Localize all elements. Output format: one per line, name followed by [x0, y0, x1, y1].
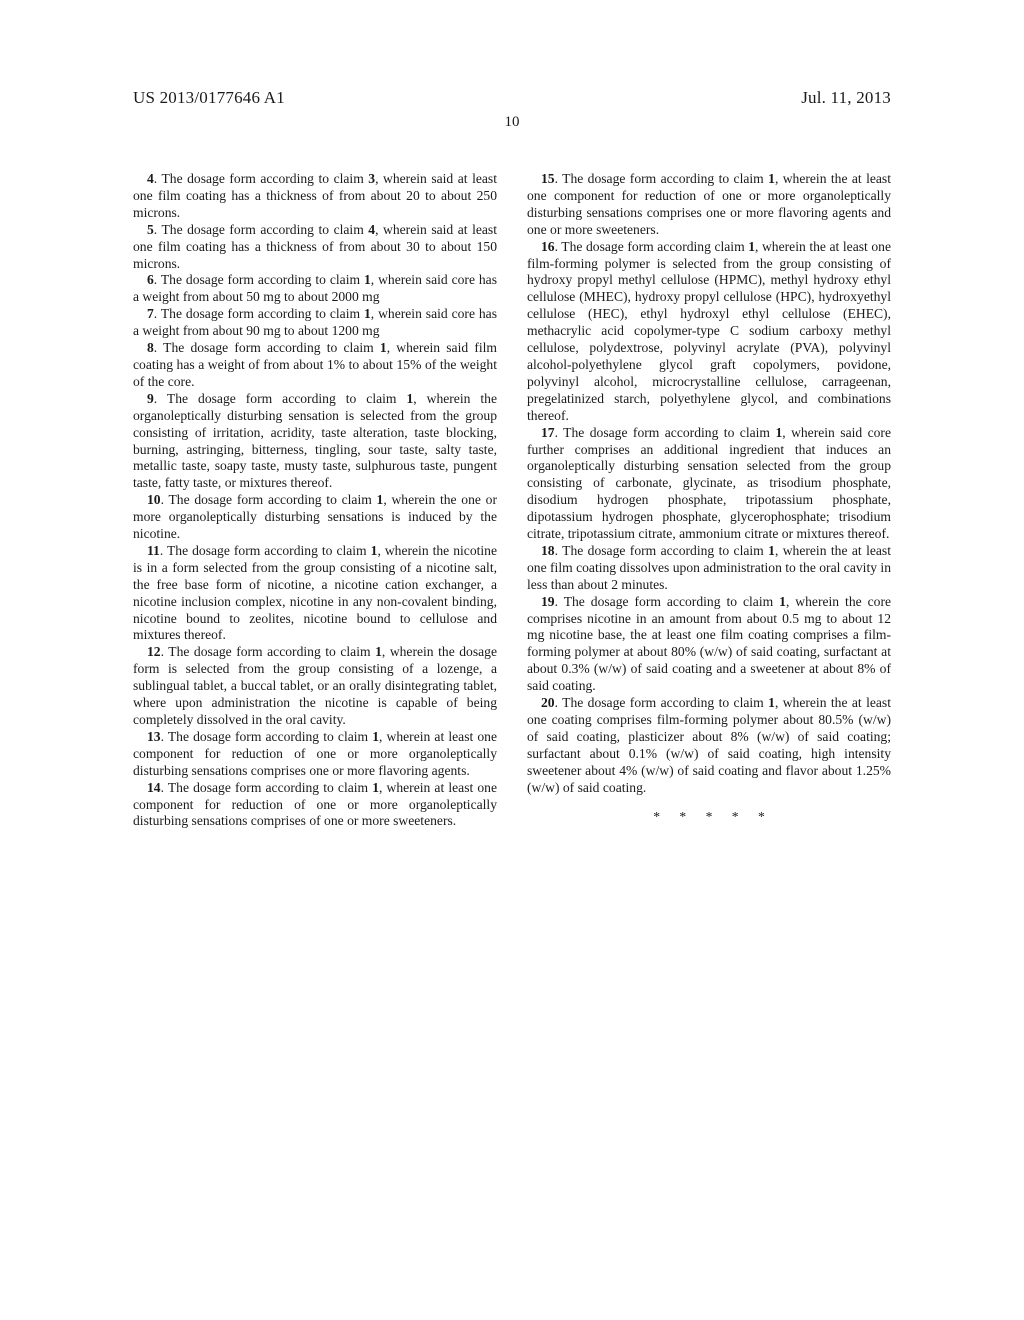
claim-17: 17. The dosage form according to claim 1…	[527, 425, 891, 543]
page-header: US 2013/0177646 A1 Jul. 11, 2013	[133, 88, 891, 108]
claims-column-right: 15. The dosage form according to claim 1…	[527, 171, 891, 830]
claim-15: 15. The dosage form according to claim 1…	[527, 171, 891, 239]
claim-9: 9. The dosage form according to claim 1,…	[133, 391, 497, 492]
claim-20: 20. The dosage form according to claim 1…	[527, 695, 891, 796]
claim-18: 18. The dosage form according to claim 1…	[527, 543, 891, 594]
claim-16: 16. The dosage form according claim 1, w…	[527, 239, 891, 425]
claim-13: 13. The dosage form according to claim 1…	[133, 729, 497, 780]
claim-12: 12. The dosage form according to claim 1…	[133, 644, 497, 729]
claim-6: 6. The dosage form according to claim 1,…	[133, 272, 497, 306]
publication-date: Jul. 11, 2013	[801, 88, 891, 108]
claims-body: 4. The dosage form according to claim 3,…	[133, 171, 891, 830]
claim-10: 10. The dosage form according to claim 1…	[133, 492, 497, 543]
claim-5: 5. The dosage form according to claim 4,…	[133, 222, 497, 273]
claim-11: 11. The dosage form according to claim 1…	[133, 543, 497, 644]
publication-number: US 2013/0177646 A1	[133, 88, 285, 108]
claim-7: 7. The dosage form according to claim 1,…	[133, 306, 497, 340]
claim-8: 8. The dosage form according to claim 1,…	[133, 340, 497, 391]
end-of-claims-marker: * * * * *	[527, 809, 891, 826]
patent-page: US 2013/0177646 A1 Jul. 11, 2013 10 4. T…	[0, 0, 1024, 1320]
page-number: 10	[0, 114, 1024, 131]
claim-19: 19. The dosage form according to claim 1…	[527, 594, 891, 695]
claims-column-left: 4. The dosage form according to claim 3,…	[133, 171, 497, 830]
claim-14: 14. The dosage form according to claim 1…	[133, 780, 497, 831]
claim-4: 4. The dosage form according to claim 3,…	[133, 171, 497, 222]
